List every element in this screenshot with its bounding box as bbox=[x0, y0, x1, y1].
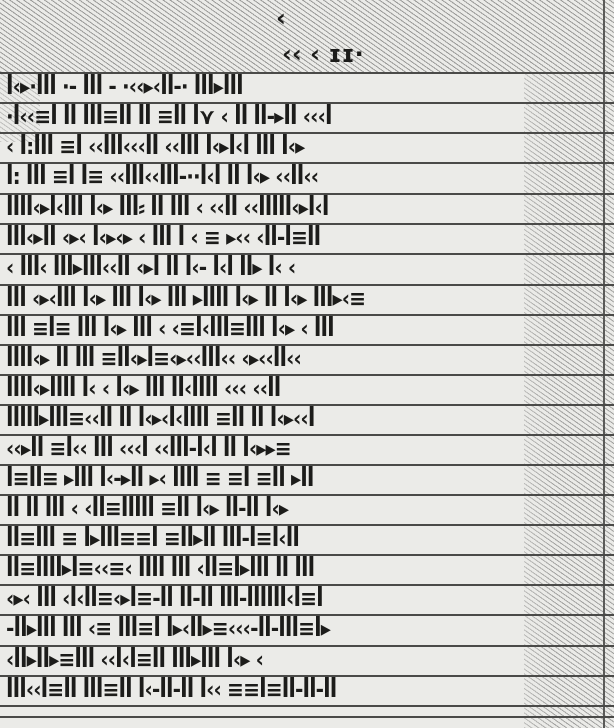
cuneiform-text: ꟾꟾꟾ ≡ꟾ≡ ꟾꟾꟾ ꟾ‹▸ ꟾꟾꟾ ‹ ‹≡ꟾ‹ꟾꟾꟾ≡ꟾꟾꟾ ꟾ‹▸ ‹ … bbox=[6, 318, 334, 342]
cuneiform-text: ꟾꟾꟾ‹▸ꟾꟾ ‹▸‹ ꟾ‹▸‹▸ ‹ ꟾꟾꟾ ꟾ ‹ ≡ ▸‹‹ ‹ꟾꟾ-ꟾ≡… bbox=[6, 227, 320, 251]
cuneiform-text: ‹▸‹ ꟾꟾꟾ ‹ꟾ‹ꟾꟾ≡‹▸ꟾ≡-ꟾꟾ ꟾꟾ-ꟾꟾ ꟾꟾꟾ-ꟾꟾꟾꟾꟾꟾ‹ꟾ… bbox=[6, 588, 323, 612]
cuneiform-text: ‹ ꟾ:ꟾꟾꟾ ≡ꟾ ‹‹ꟾꟾꟾ‹‹‹ꟾꟾ ‹‹ꟾꟾꟾ ꟾ‹▸ꟾ‹ꟾ ꟾꟾꟾ ꟾ… bbox=[6, 136, 304, 160]
inscription-line: ꟾꟾꟾ‹▸ꟾꟾ ‹▸‹ ꟾ‹▸‹▸ ‹ ꟾꟾꟾ ꟾ ‹ ≡ ▸‹‹ ‹ꟾꟾ-ꟾ≡… bbox=[6, 225, 348, 251]
cuneiform-text: -ꟾꟾ▸ꟾꟾꟾ ꟾꟾꟾ ‹≡ ꟾꟾꟾ≡ꟾ ꟾ▸‹ꟾꟾ▸≡‹‹‹-ꟾꟾ-ꟾꟾꟾ≡ꟾ… bbox=[6, 618, 330, 642]
header-sign-a: ‹ bbox=[276, 4, 286, 32]
inscription-line: ꟾꟾ ꟾꟾ ꟾꟾꟾ ‹ ‹ꟾꟾ≡ꟾꟾꟾꟾꟾ ≡ꟾꟾ ꟾ‹▸ ꟾꟾ-ꟾꟾ ꟾ‹▸ bbox=[6, 496, 313, 522]
plate-border-right bbox=[603, 0, 605, 728]
inscription-line: ‹▸‹ ꟾꟾꟾ ‹ꟾ‹ꟾꟾ≡‹▸ꟾ≡-ꟾꟾ ꟾꟾ-ꟾꟾ ꟾꟾꟾ-ꟾꟾꟾꟾꟾꟾ‹ꟾ… bbox=[6, 586, 350, 612]
cuneiform-text: ꟾꟾ≡ꟾꟾꟾꟾ▸ꟾ≡‹‹≡‹ ꟾꟾꟾꟾ ꟾꟾꟾ ‹ꟾꟾ≡ꟾ▸ꟾꟾꟾ ꟾꟾ ꟾꟾꟾ bbox=[6, 558, 314, 582]
cuneiform-text: ꟾꟾ ꟾꟾ ꟾꟾꟾ ‹ ‹ꟾꟾ≡ꟾꟾꟾꟾꟾ ≡ꟾꟾ ꟾ‹▸ ꟾꟾ-ꟾꟾ ꟾ‹▸ bbox=[6, 498, 288, 522]
cuneiform-text: ·ꟾ‹‹≡ꟾ ꟾꟾ ꟾꟾꟾ≡ꟾꟾ ꟾꟾ ≡ꟾꟾ ꟾ⋎ ‹ ꟾꟾ ꟾꟾ-▸ꟾꟾ ‹… bbox=[6, 106, 332, 130]
cuneiform-text: ꟾꟾꟾ‹‹ꟾ≡ꟾꟾ ꟾꟾꟾ≡ꟾꟾ ꟾ‹-ꟾꟾ-ꟾꟾ ꟾ‹‹ ≡≡ꟾ≡ꟾꟾ-ꟾꟾ-… bbox=[6, 679, 336, 703]
inscription-line: ‹ ꟾ:ꟾꟾꟾ ≡ꟾ ‹‹ꟾꟾꟾ‹‹‹ꟾꟾ ‹‹ꟾꟾꟾ ꟾ‹▸ꟾ‹ꟾ ꟾꟾꟾ ꟾ… bbox=[6, 134, 330, 160]
cuneiform-text: ꟾꟾꟾꟾꟾ▸ꟾꟾꟾ≡‹‹ꟾꟾ ꟾꟾ ꟾ‹▸‹ꟾ‹ꟾꟾꟾꟾ ≡ꟾꟾ ꟾꟾ ꟾ‹▸‹… bbox=[6, 408, 314, 432]
inscription-line: ‹ ꟾꟾꟾ‹ ꟾꟾꟾ▸ꟾꟾꟾ‹‹ꟾꟾ ‹▸ꟾ ꟾꟾ ꟾ‹- ꟾ‹ꟾ ꟾꟾ▸ ꟾ‹… bbox=[6, 255, 321, 281]
inscription-line: ‹ꟾꟾ▸ꟾꟾ▸≡ꟾꟾꟾ ‹‹ꟾ‹ꟾ≡ꟾꟾ ꟾꟾꟾ▸ꟾꟾꟾ ꟾ‹▸ ‹ bbox=[6, 647, 285, 673]
header-sign-b: ‹‹ ‹ ɪɪ· bbox=[282, 40, 364, 68]
cuneiform-text: ꟾ‹▸·ꟾꟾꟾ ·- ꟾꟾꟾ - ·‹‹▸‹ꟾꟾ-· ꟾꟾꟾ▸ꟾꟾꟾ bbox=[6, 76, 243, 100]
inscription-line: ꟾꟾꟾ ≡ꟾ≡ ꟾꟾꟾ ꟾ‹▸ ꟾꟾꟾ ‹ ‹≡ꟾ‹ꟾꟾꟾ≡ꟾꟾꟾ ꟾ‹▸ ‹ … bbox=[6, 316, 362, 342]
ruling-line bbox=[0, 705, 614, 707]
inscription-line: ꟾ: ꟾꟾꟾ ≡ꟾ ꟾ≡ ‹‹ꟾꟾꟾ‹‹ꟾꟾꟾ-··ꟾ‹ꟾ ꟾꟾ ꟾ‹▸ ‹‹ꟾ… bbox=[6, 164, 345, 190]
cuneiform-text: ‹‹▸ꟾꟾ ≡ꟾ‹‹ ꟾꟾꟾ ‹‹‹ꟾ ‹‹ꟾꟾꟾ-ꟾ‹ꟾ ꟾꟾ ꟾ‹▸▸≡ bbox=[6, 438, 291, 462]
inscription-line: ꟾꟾꟾꟾꟾ▸ꟾꟾꟾ≡‹‹ꟾꟾ ꟾꟾ ꟾ‹▸‹ꟾ‹ꟾꟾꟾꟾ ≡ꟾꟾ ꟾꟾ ꟾ‹▸‹… bbox=[6, 406, 341, 432]
cuneiform-text: ꟾꟾ≡ꟾꟾꟾ ≡ ꟾ▸ꟾꟾꟾ≡≡ꟾ ≡ꟾꟾ▸ꟾꟾ ꟾꟾꟾ-ꟾ≡ꟾ‹ꟾꟾ bbox=[6, 528, 299, 552]
cuneiform-text: ꟾ: ꟾꟾꟾ ≡ꟾ ꟾ≡ ‹‹ꟾꟾꟾ‹‹ꟾꟾꟾ-··ꟾ‹ꟾ ꟾꟾ ꟾ‹▸ ‹‹ꟾ… bbox=[6, 166, 318, 190]
ruling-line bbox=[0, 716, 614, 718]
inscription-line: ꟾꟾꟾꟾ‹▸ꟾꟾꟾꟾ ꟾ‹ ‹ ꟾ‹▸ ꟾꟾꟾ ꟾꟾ‹ꟾꟾꟾꟾ ‹‹‹ ‹‹ꟾꟾ bbox=[6, 376, 304, 402]
cuneiform-text: ꟾꟾꟾ ‹▸‹ꟾꟾꟾ ꟾ‹▸ ꟾꟾꟾ ꟾ‹▸ ꟾꟾꟾ ▸ꟾꟾꟾꟾ ꟾ‹▸ ꟾꟾ … bbox=[6, 288, 365, 312]
cuneiform-text: ꟾꟾꟾꟾ‹▸ ꟾꟾ ꟾꟾꟾ ≡ꟾꟾ‹▸ꟾ≡‹▸‹‹ꟾꟾꟾ‹‹ ‹▸‹‹ꟾꟾ‹‹ bbox=[6, 348, 301, 372]
inscription-line: ꟾꟾ≡ꟾꟾꟾꟾ▸ꟾ≡‹‹≡‹ ꟾꟾꟾꟾ ꟾꟾꟾ ‹ꟾꟾ≡ꟾ▸ꟾꟾꟾ ꟾꟾ ꟾꟾꟾ bbox=[6, 556, 341, 582]
cuneiform-text: ‹ ꟾꟾꟾ‹ ꟾꟾꟾ▸ꟾꟾꟾ‹‹ꟾꟾ ‹▸ꟾ ꟾꟾ ꟾ‹- ꟾ‹ꟾ ꟾꟾ▸ ꟾ‹… bbox=[6, 257, 295, 281]
inscription-line: ꟾ‹▸·ꟾꟾꟾ ·- ꟾꟾꟾ - ·‹‹▸‹ꟾꟾ-· ꟾꟾꟾ▸ꟾꟾꟾ bbox=[6, 74, 263, 100]
inscription-line: ꟾꟾꟾ ‹▸‹ꟾꟾꟾ ꟾ‹▸ ꟾꟾꟾ ꟾ‹▸ ꟾꟾꟾ ▸ꟾꟾꟾꟾ ꟾ‹▸ ꟾꟾ … bbox=[6, 286, 396, 312]
cuneiform-text: ꟾꟾꟾꟾ‹▸ꟾꟾꟾꟾ ꟾ‹ ‹ ꟾ‹▸ ꟾꟾꟾ ꟾꟾ‹ꟾꟾꟾꟾ ‹‹‹ ‹‹ꟾꟾ bbox=[6, 378, 280, 402]
inscription-line: ꟾ≡ꟾꟾ≡ ▸ꟾꟾꟾ ꟾ‹-▸ꟾꟾ ▸‹ ꟾꟾꟾꟾ ≡ ≡ꟾ ≡ꟾꟾ ▸ꟾꟾ bbox=[6, 466, 340, 492]
hatch-fade bbox=[464, 72, 554, 728]
inscription-line: ꟾꟾꟾꟾ‹▸ ꟾꟾ ꟾꟾꟾ ≡ꟾꟾ‹▸ꟾ≡‹▸‹‹ꟾꟾꟾ‹‹ ‹▸‹‹ꟾꟾ‹‹ bbox=[6, 346, 327, 372]
inscription-line: -ꟾꟾ▸ꟾꟾꟾ ꟾꟾꟾ ‹≡ ꟾꟾꟾ≡ꟾ ꟾ▸‹ꟾꟾ▸≡‹‹‹-ꟾꟾ-ꟾꟾꟾ≡ꟾ… bbox=[6, 616, 358, 642]
cuneiform-text: ꟾ≡ꟾꟾ≡ ▸ꟾꟾꟾ ꟾ‹-▸ꟾꟾ ▸‹ ꟾꟾꟾꟾ ≡ ≡ꟾ ≡ꟾꟾ ▸ꟾꟾ bbox=[6, 468, 313, 492]
inscription-line: ·ꟾ‹‹≡ꟾ ꟾꟾ ꟾꟾꟾ≡ꟾꟾ ꟾꟾ ≡ꟾꟾ ꟾ⋎ ‹ ꟾꟾ ꟾꟾ-▸ꟾꟾ ‹… bbox=[6, 104, 360, 130]
inscription-line: ꟾꟾꟾꟾ‹▸ꟾ‹ꟾꟾꟾ ꟾ‹▸ ꟾꟾꟾ⸗ ꟾꟾ ꟾꟾꟾ ‹ ‹‹ꟾꟾ ‹‹ꟾꟾꟾ… bbox=[6, 195, 357, 221]
inscription-plate: ‹ ‹‹ ‹ ɪɪ· ꟾ‹▸·ꟾꟾꟾ ·- ꟾꟾꟾ - ·‹‹▸‹ꟾꟾ-· ꟾꟾ… bbox=[0, 0, 614, 728]
cuneiform-text: ‹ꟾꟾ▸ꟾꟾ▸≡ꟾꟾꟾ ‹‹ꟾ‹ꟾ≡ꟾꟾ ꟾꟾꟾ▸ꟾꟾꟾ ꟾ‹▸ ‹ bbox=[6, 649, 263, 673]
inscription-line: ꟾꟾ≡ꟾꟾꟾ ≡ ꟾ▸ꟾꟾꟾ≡≡ꟾ ≡ꟾꟾ▸ꟾꟾ ꟾꟾꟾ-ꟾ≡ꟾ‹ꟾꟾ bbox=[6, 526, 324, 552]
cuneiform-text: ꟾꟾꟾꟾ‹▸ꟾ‹ꟾꟾꟾ ꟾ‹▸ ꟾꟾꟾ⸗ ꟾꟾ ꟾꟾꟾ ‹ ‹‹ꟾꟾ ‹‹ꟾꟾꟾ… bbox=[6, 197, 329, 221]
inscription-line: ‹‹▸ꟾꟾ ≡ꟾ‹‹ ꟾꟾꟾ ‹‹‹ꟾ ‹‹ꟾꟾꟾ-ꟾ‹ꟾ ꟾꟾ ꟾ‹▸▸≡ bbox=[6, 436, 316, 462]
inscription-line: ꟾꟾꟾ‹‹ꟾ≡ꟾꟾ ꟾꟾꟾ≡ꟾꟾ ꟾ‹-ꟾꟾ-ꟾꟾ ꟾ‹‹ ≡≡ꟾ≡ꟾꟾ-ꟾꟾ-… bbox=[6, 677, 365, 703]
